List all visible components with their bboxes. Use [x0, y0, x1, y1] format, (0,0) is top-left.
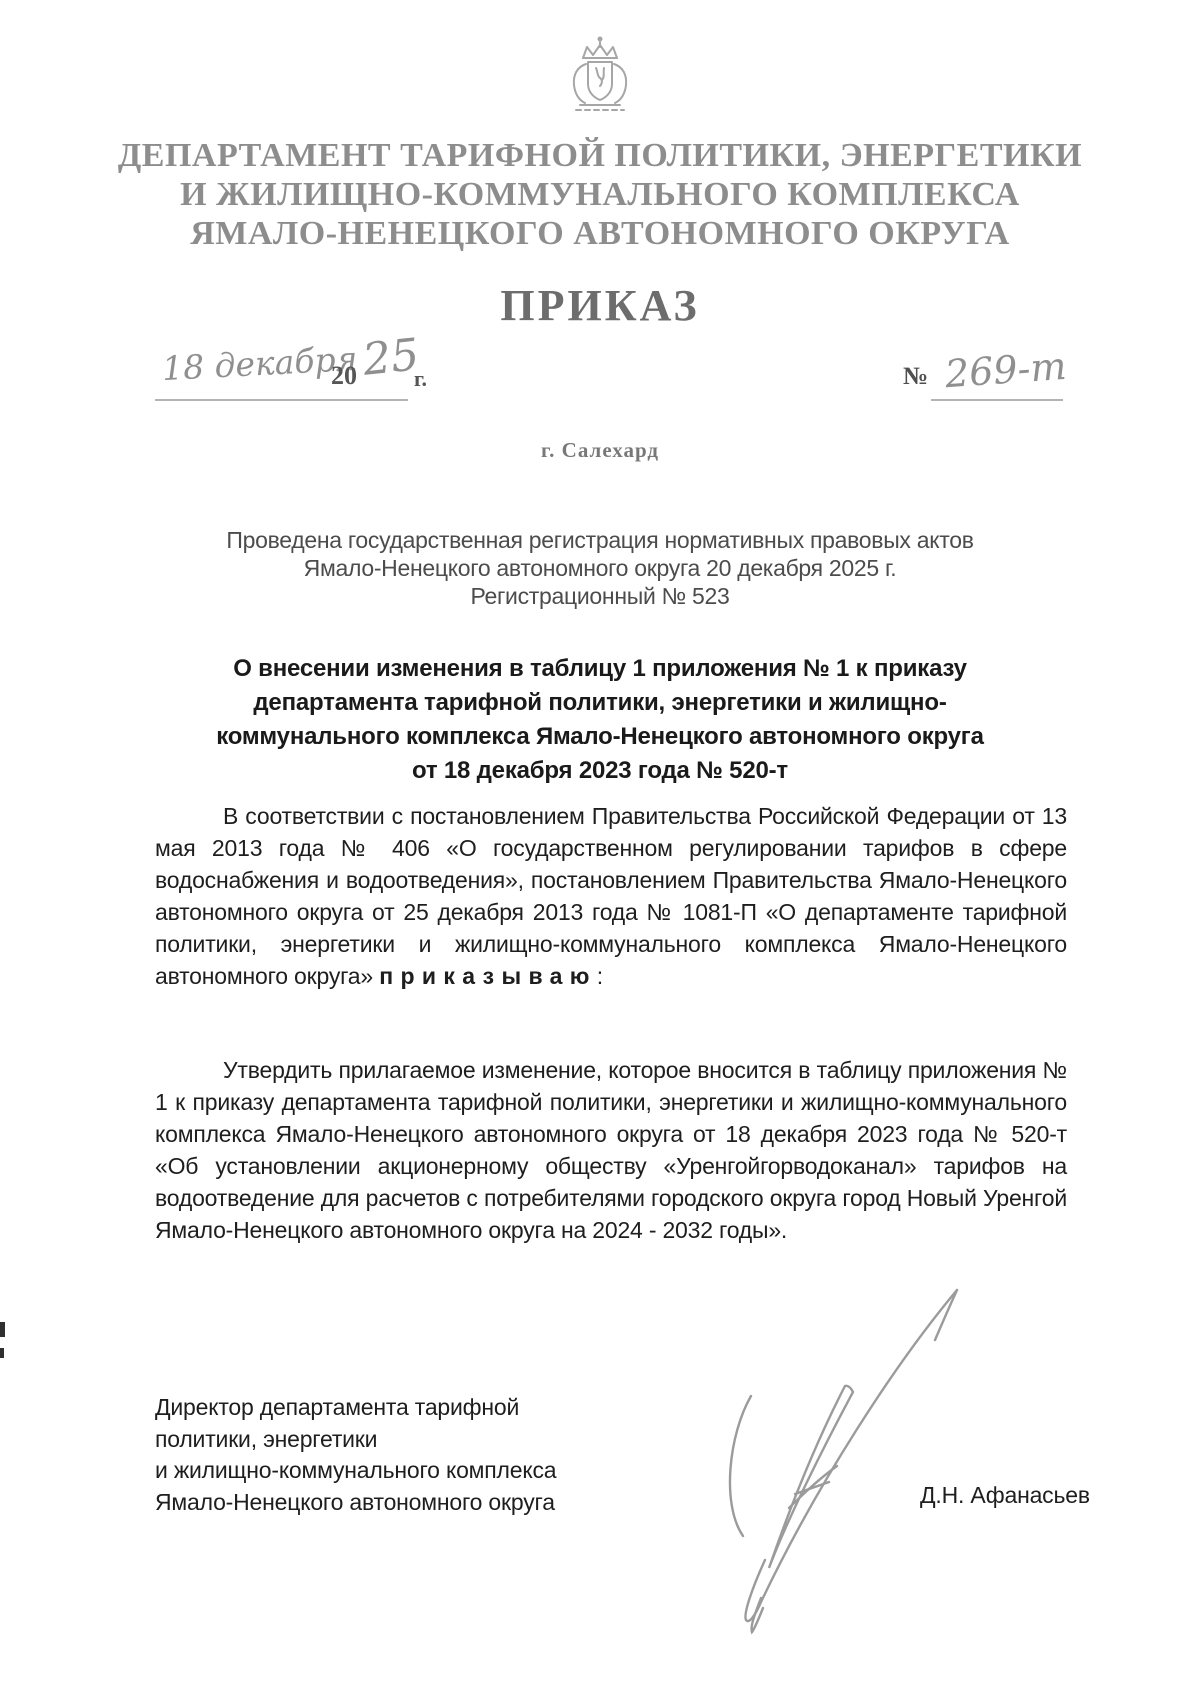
- doc-type-title: ПРИКАЗ: [0, 280, 1200, 331]
- number-sign: №: [903, 363, 928, 391]
- org-name-line-3: ЯМАЛО-НЕНЕЦКОГО АВТОНОМНОГО ОКРУГА: [0, 214, 1200, 253]
- registration-line-2: Ямало-Ненецкого автономного округа 20 де…: [0, 554, 1200, 582]
- city-line: г. Салехард: [0, 438, 1200, 463]
- coat-of-arms-icon: [552, 34, 648, 124]
- signatory-position-line-3: и жилищно-коммунального комплекса: [155, 1455, 556, 1487]
- number-underline: [931, 399, 1063, 401]
- org-name-line-2: И ЖИЛИЩНО-КОММУНАЛЬНОГО КОМПЛЕКСА: [0, 175, 1200, 214]
- org-name: ДЕПАРТАМЕНТ ТАРИФНОЙ ПОЛИТИКИ, ЭНЕРГЕТИК…: [0, 136, 1200, 253]
- paragraph-legal-basis: В соответствии с постановлением Правител…: [155, 800, 1067, 992]
- signatory-position-line-4: Ямало-Ненецкого автономного округа: [155, 1487, 556, 1519]
- signatory-position-line-2: политики, энергетики: [155, 1424, 556, 1456]
- subject-line-3: коммунального комплекса Ямало-Ненецкого …: [0, 720, 1200, 754]
- org-name-line-1: ДЕПАРТАМЕНТ ТАРИФНОЙ ПОЛИТИКИ, ЭНЕРГЕТИК…: [0, 136, 1200, 175]
- scan-artifact: [0, 1348, 4, 1358]
- signatory-position: Директор департамента тарифной политики,…: [155, 1392, 556, 1518]
- handwritten-signature-icon: [695, 1268, 995, 1648]
- paragraph-legal-basis-text: В соответствии с постановлением Правител…: [155, 803, 1067, 989]
- decree-keyword: приказываю: [379, 963, 597, 989]
- paragraph-colon: :: [597, 963, 603, 989]
- registration-line-1: Проведена государственная регистрация но…: [0, 526, 1200, 554]
- printed-year-prefix: 20: [331, 361, 357, 391]
- paragraph-order: Утвердить прилагаемое изменение, которое…: [155, 1054, 1067, 1246]
- handwritten-number: 269-т: [944, 344, 1068, 396]
- handwritten-year: 25: [360, 329, 421, 386]
- subject-line-2: департамента тарифной политики, энергети…: [0, 686, 1200, 720]
- signatory-name: Д.Н. Афанасьев: [920, 1482, 1090, 1509]
- signatory-position-line-1: Директор департамента тарифной: [155, 1392, 556, 1424]
- scan-artifact: [0, 1322, 5, 1337]
- handwritten-date: 18 декабря: [161, 339, 358, 388]
- scanned-decree-page: ДЕПАРТАМЕНТ ТАРИФНОЙ ПОЛИТИКИ, ЭНЕРГЕТИК…: [0, 0, 1200, 1703]
- subject-line-4: от 18 декабря 2023 года № 520-т: [0, 754, 1200, 788]
- year-suffix-label: г.: [414, 366, 427, 392]
- registration-stamp: Проведена государственная регистрация но…: [0, 526, 1200, 610]
- registration-line-3: Регистрационный № 523: [0, 582, 1200, 610]
- subject-line-1: О внесении изменения в таблицу 1 приложе…: [0, 652, 1200, 686]
- date-underline: [155, 399, 408, 401]
- subject-title: О внесении изменения в таблицу 1 приложе…: [0, 652, 1200, 788]
